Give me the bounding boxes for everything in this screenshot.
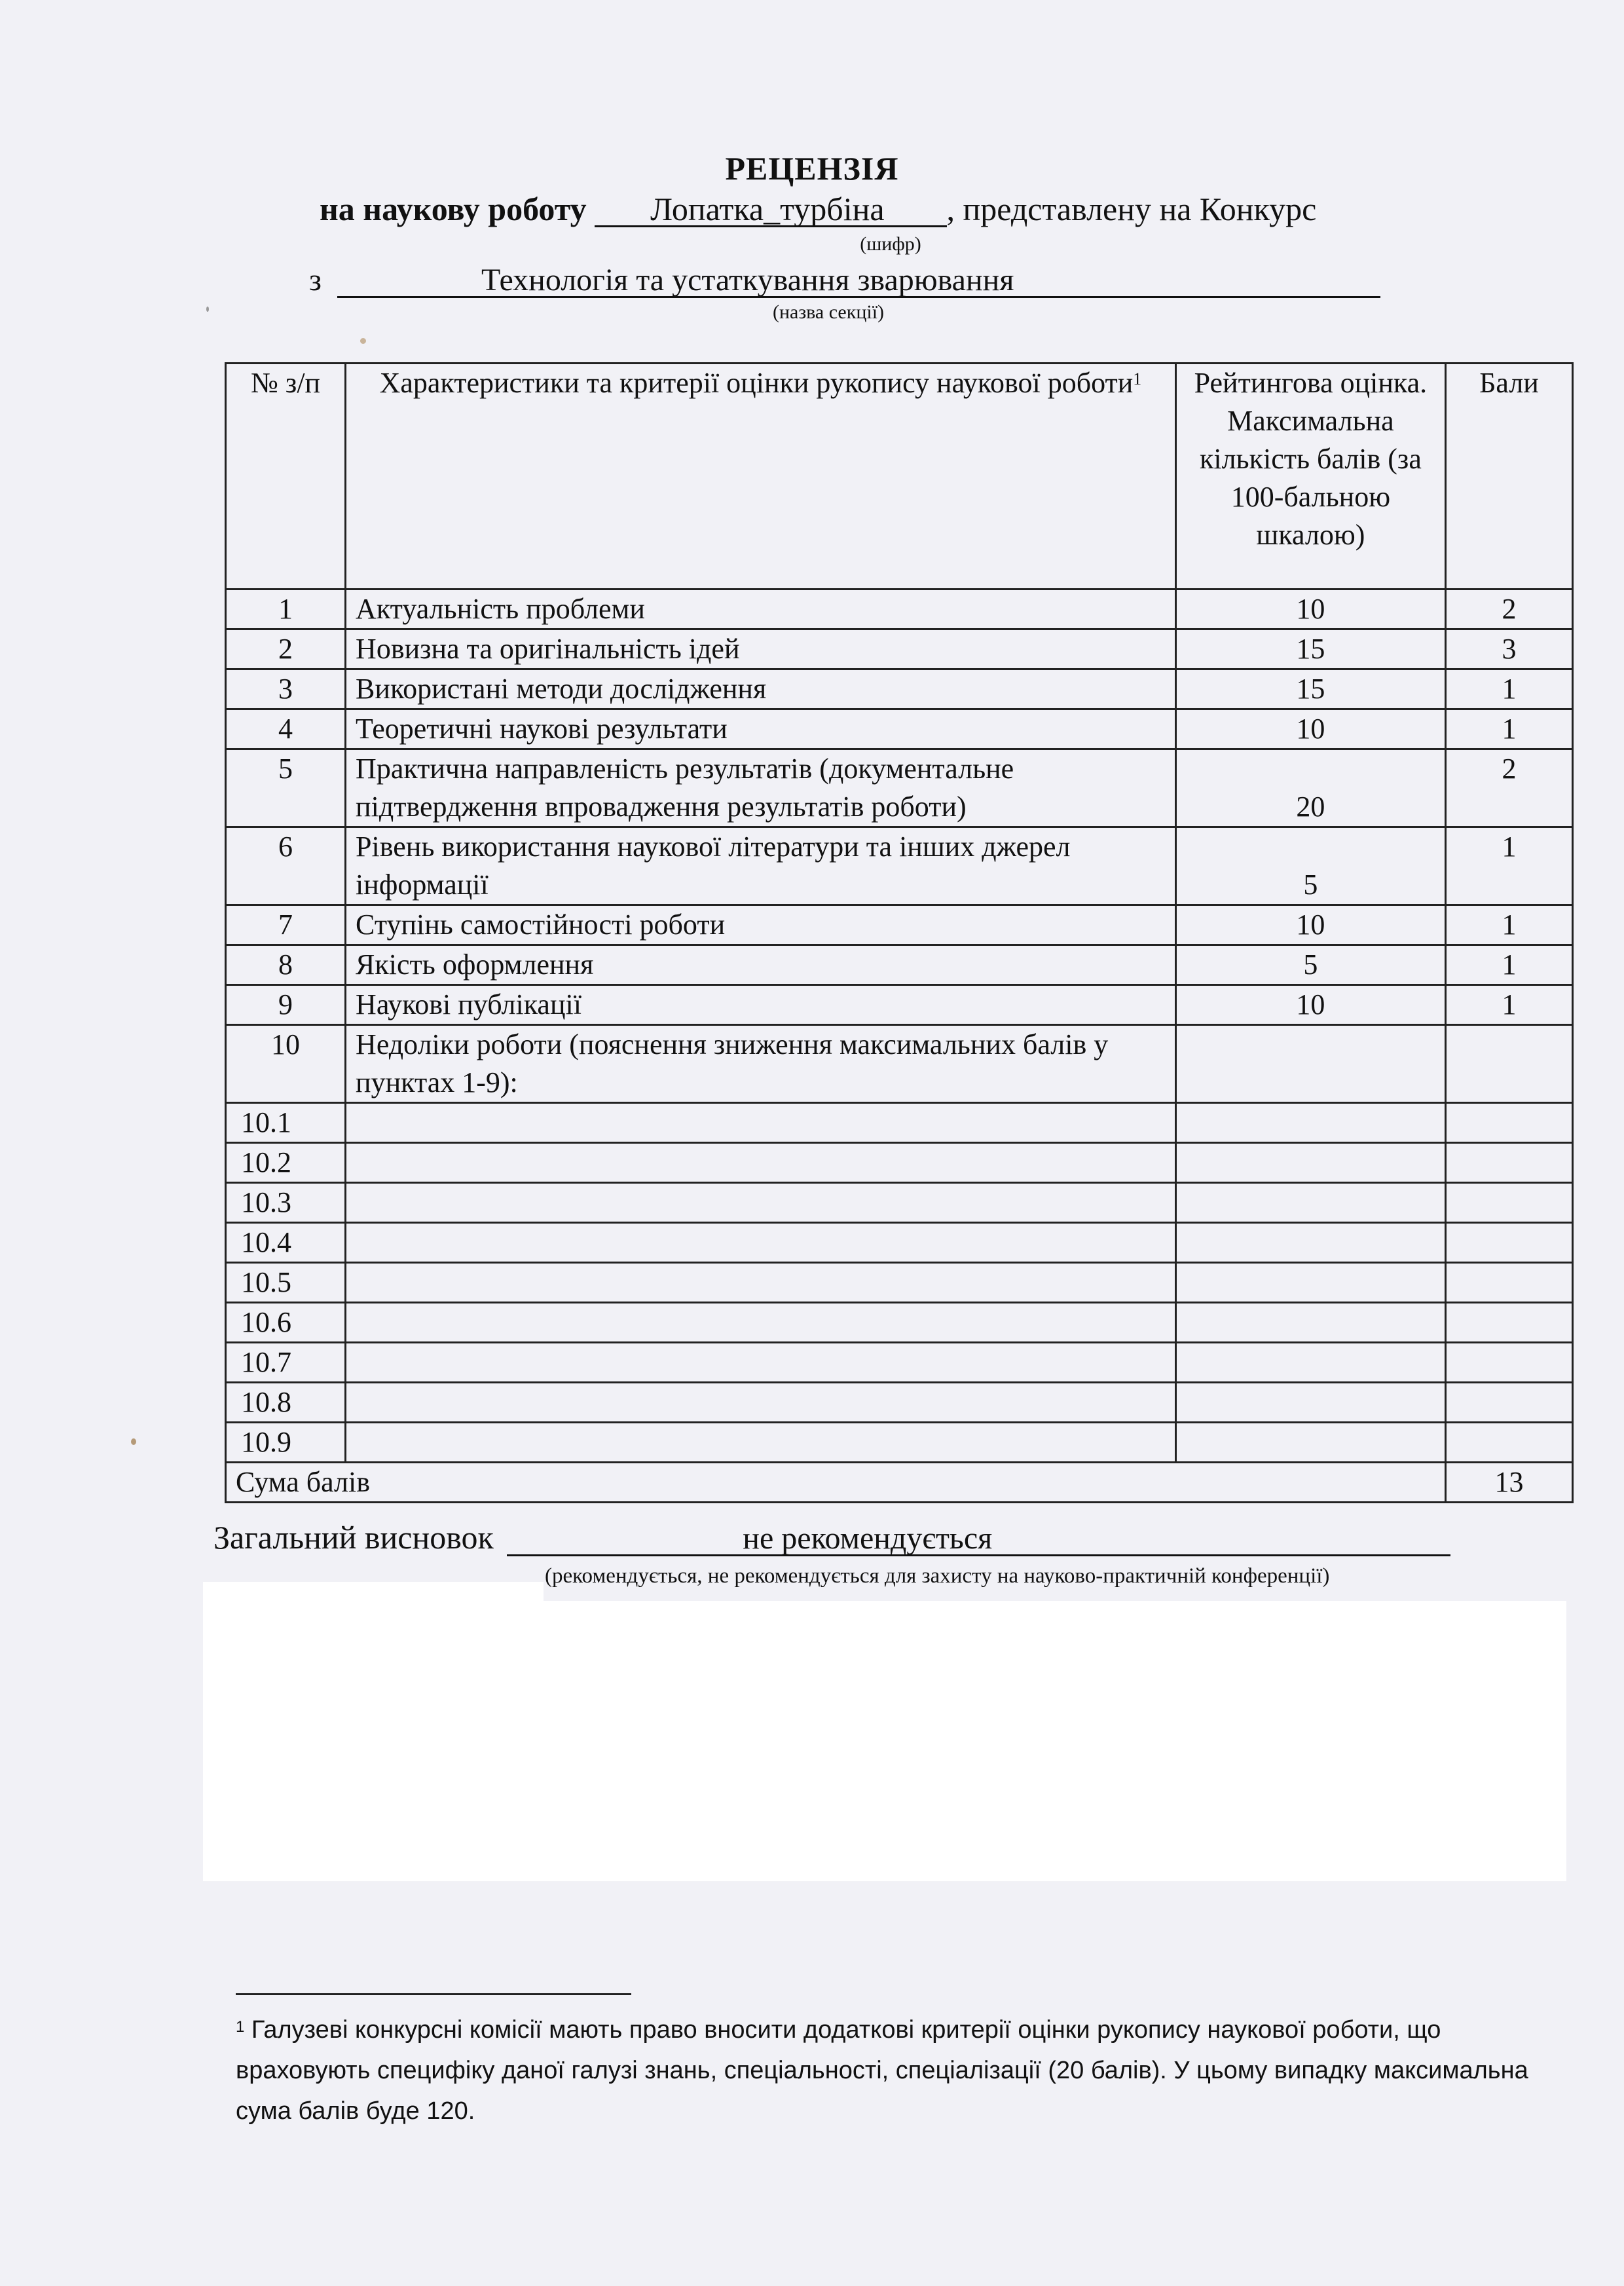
row-number: 5 xyxy=(226,749,346,827)
row-score xyxy=(1446,1423,1573,1463)
row-criterion: Практична направленість результатів (док… xyxy=(346,749,1176,827)
table-row: 10.1 xyxy=(226,1103,1573,1143)
scan-speck xyxy=(131,1438,136,1445)
section-line: з Технологія та устаткування зварювання xyxy=(309,262,1380,298)
row-score: 1 xyxy=(1446,905,1573,945)
scan-speck xyxy=(360,338,366,344)
row-number: 10.1 xyxy=(226,1103,346,1143)
row-criterion: Недоліки роботи (пояснення зниження макс… xyxy=(346,1025,1176,1103)
row-criterion xyxy=(346,1263,1176,1303)
row-criterion: Теоретичні наукові результати xyxy=(346,709,1176,749)
row-criterion: Ступінь самостійності роботи xyxy=(346,905,1176,945)
row-number: 1 xyxy=(226,590,346,629)
section-prefix: з xyxy=(309,263,322,297)
row-max-score: 5 xyxy=(1175,945,1445,985)
cipher-caption: (шифр) xyxy=(825,233,956,255)
row-max-score xyxy=(1175,1423,1445,1463)
row-score xyxy=(1446,1025,1573,1103)
row-number: 10.8 xyxy=(226,1383,346,1423)
row-max-score xyxy=(1175,1263,1445,1303)
row-criterion: Якість оформлення xyxy=(346,945,1176,985)
table-header-row: № з/п Характеристики та критерії оцінки … xyxy=(226,364,1573,590)
row-max-score: 10 xyxy=(1175,590,1445,629)
table-row: 5Практична направленість результатів (до… xyxy=(226,749,1573,827)
row-score xyxy=(1446,1143,1573,1183)
row-max-score: 10 xyxy=(1175,985,1445,1025)
table-row: 10Недоліки роботи (пояснення зниження ма… xyxy=(226,1025,1573,1103)
table-row: 8Якість оформлення51 xyxy=(226,945,1573,985)
row-criterion: Актуальність проблеми xyxy=(346,590,1176,629)
row-number: 10.6 xyxy=(226,1303,346,1343)
row-max-score xyxy=(1175,1103,1445,1143)
table-row: 4Теоретичні наукові результати101 xyxy=(226,709,1573,749)
conclusion-caption: (рекомендується, не рекомендується для з… xyxy=(545,1564,1329,1588)
row-number: 10 xyxy=(226,1025,346,1103)
row-max-score xyxy=(1175,1303,1445,1343)
cipher-field: Лопатка_турбіна xyxy=(595,193,946,227)
row-max-score: 15 xyxy=(1175,629,1445,669)
row-criterion: Використані методи дослідження xyxy=(346,669,1176,709)
table-row: 10.8 xyxy=(226,1383,1573,1423)
row-score xyxy=(1446,1343,1573,1383)
row-score: 2 xyxy=(1446,749,1573,827)
table-row: 7Ступінь самостійності роботи101 xyxy=(226,905,1573,945)
header-score: Бали xyxy=(1446,364,1573,590)
table-row: 1Актуальність проблеми102 xyxy=(226,590,1573,629)
row-score: 1 xyxy=(1446,709,1573,749)
section-field: Технологія та устаткування зварювання xyxy=(337,265,1380,298)
redacted-area xyxy=(203,1601,1566,1881)
header-criteria: Характеристики та критерії оцінки рукопи… xyxy=(346,364,1176,590)
header-max-score: Рейтингова оцінка. Максимальна кількість… xyxy=(1175,364,1445,590)
footnote-ref: 1 xyxy=(1133,369,1141,388)
row-criterion xyxy=(346,1343,1176,1383)
row-criterion xyxy=(346,1183,1176,1223)
row-criterion xyxy=(346,1303,1176,1343)
row-number: 10.9 xyxy=(226,1423,346,1463)
row-max-score: 10 xyxy=(1175,905,1445,945)
row-criterion: Новизна та оригінальність ідей xyxy=(346,629,1176,669)
scan-speck xyxy=(206,307,209,312)
row-max-score xyxy=(1175,1025,1445,1103)
row-score xyxy=(1446,1183,1573,1223)
row-number: 6 xyxy=(226,827,346,905)
row-number: 10.2 xyxy=(226,1143,346,1183)
row-score xyxy=(1446,1103,1573,1143)
row-max-score: 5 xyxy=(1175,827,1445,905)
row-score: 1 xyxy=(1446,945,1573,985)
row-score: 1 xyxy=(1446,827,1573,905)
row-score: 3 xyxy=(1446,629,1573,669)
conclusion-value: не рекомендується xyxy=(743,1521,992,1556)
row-criterion: Наукові публікації xyxy=(346,985,1176,1025)
table-row: 3Використані методи дослідження151 xyxy=(226,669,1573,709)
row-score: 1 xyxy=(1446,669,1573,709)
footnote: 1 Галузеві конкурсні комісії мають право… xyxy=(236,2010,1565,2131)
row-number: 10.5 xyxy=(226,1263,346,1303)
row-number: 4 xyxy=(226,709,346,749)
table-row: 2Новизна та оригінальність ідей153 xyxy=(226,629,1573,669)
conclusion-label: Загальний висновок xyxy=(213,1519,494,1556)
conclusion-field: не рекомендується xyxy=(507,1523,1450,1556)
row-max-score xyxy=(1175,1143,1445,1183)
table-row: 10.7 xyxy=(226,1343,1573,1383)
row-criterion xyxy=(346,1423,1176,1463)
section-value: Технологія та устаткування зварювання xyxy=(481,263,1014,297)
row-score: 2 xyxy=(1446,590,1573,629)
row-number: 10.4 xyxy=(226,1223,346,1263)
row-score xyxy=(1446,1303,1573,1343)
section-caption: (назва секції) xyxy=(720,301,936,324)
row-max-score: 20 xyxy=(1175,749,1445,827)
conclusion-line: Загальний висновок не рекомендується xyxy=(213,1518,1450,1556)
total-row: Сума балів 13 xyxy=(226,1463,1573,1503)
row-max-score xyxy=(1175,1343,1445,1383)
table-row: 9Наукові публікації101 xyxy=(226,985,1573,1025)
row-max-score xyxy=(1175,1383,1445,1423)
document-title: РЕЦЕНЗІЯ xyxy=(0,149,1624,187)
row-number: 3 xyxy=(226,669,346,709)
total-value: 13 xyxy=(1446,1463,1573,1503)
row-number: 10.7 xyxy=(226,1343,346,1383)
work-line: на наукову роботу Лопатка_турбіна , пред… xyxy=(320,190,1316,228)
row-criterion xyxy=(346,1143,1176,1183)
row-score xyxy=(1446,1223,1573,1263)
table-row: 10.4 xyxy=(226,1223,1573,1263)
row-score xyxy=(1446,1383,1573,1423)
total-label: Сума балів xyxy=(226,1463,1446,1503)
footnote-number: 1 xyxy=(236,2018,244,2036)
table-row: 10.9 xyxy=(226,1423,1573,1463)
table-row: 10.2 xyxy=(226,1143,1573,1183)
row-criterion: Рівень використання наукової літератури … xyxy=(346,827,1176,905)
table-row: 10.5 xyxy=(226,1263,1573,1303)
row-number: 9 xyxy=(226,985,346,1025)
header-num: № з/п xyxy=(226,364,346,590)
row-score xyxy=(1446,1263,1573,1303)
review-criteria-table: № з/п Характеристики та критерії оцінки … xyxy=(225,362,1574,1503)
row-number: 8 xyxy=(226,945,346,985)
work-label: на наукову роботу xyxy=(320,191,587,227)
row-criterion xyxy=(346,1103,1176,1143)
table-row: 10.3 xyxy=(226,1183,1573,1223)
footnote-text: Галузеві конкурсні комісії мають право в… xyxy=(236,2016,1528,2125)
row-max-score xyxy=(1175,1183,1445,1223)
work-suffix: , представлену на Конкурс xyxy=(947,191,1317,227)
row-max-score: 10 xyxy=(1175,709,1445,749)
table-row: 10.6 xyxy=(226,1303,1573,1343)
row-number: 7 xyxy=(226,905,346,945)
footnote-separator xyxy=(236,1993,631,1995)
row-score: 1 xyxy=(1446,985,1573,1025)
row-number: 2 xyxy=(226,629,346,669)
row-criterion xyxy=(346,1383,1176,1423)
cipher-value: Лопатка_турбіна xyxy=(650,191,884,227)
table-row: 6Рівень використання наукової літератури… xyxy=(226,827,1573,905)
row-max-score: 15 xyxy=(1175,669,1445,709)
row-max-score xyxy=(1175,1223,1445,1263)
row-number: 10.3 xyxy=(226,1183,346,1223)
row-criterion xyxy=(346,1223,1176,1263)
